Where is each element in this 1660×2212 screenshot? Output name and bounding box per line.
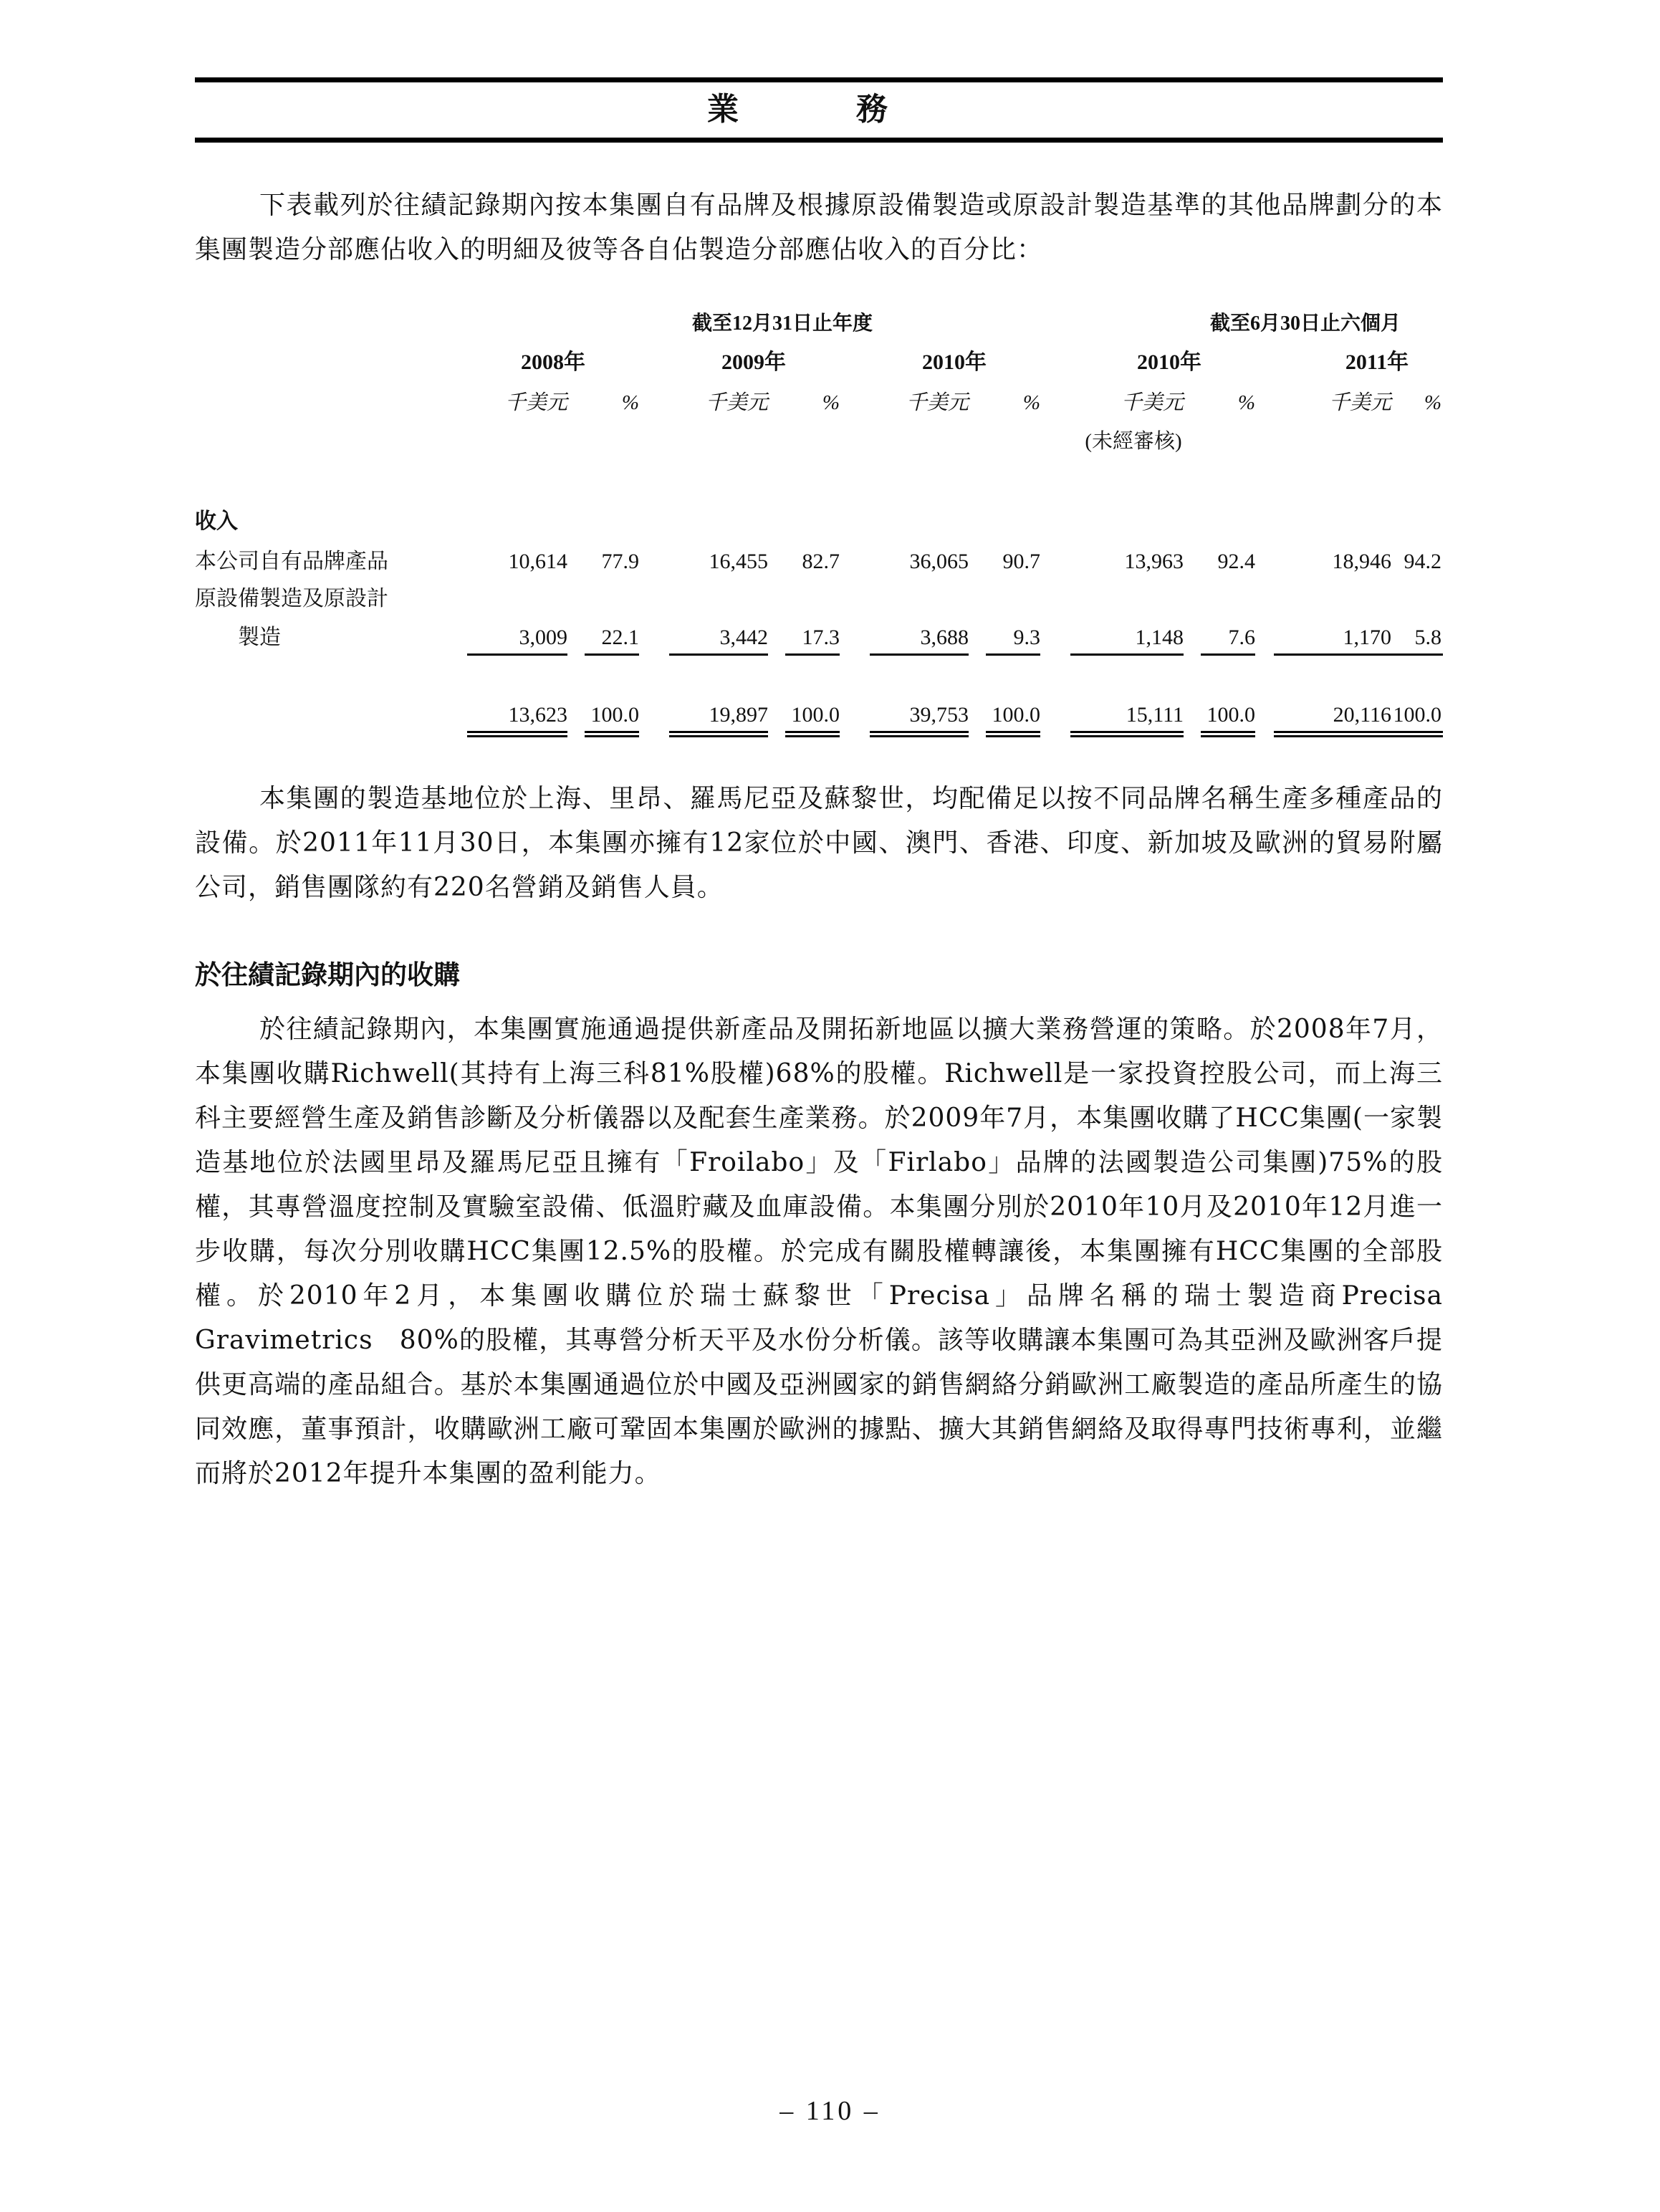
unit-label: 千美元	[1083, 388, 1184, 417]
total-double-underline	[785, 735, 840, 737]
subtotal-underline	[1201, 653, 1255, 656]
table-cell: 36,065	[868, 547, 969, 576]
group-header-6m: 截至6月30日止六個月	[1126, 310, 1484, 338]
section-heading-acquisitions: 於往績記錄期內的收購	[195, 953, 460, 996]
total-double-underline	[467, 735, 567, 737]
unit-label: 千美元	[1291, 388, 1391, 417]
total-double-underline	[669, 735, 768, 737]
acquisitions-paragraph: 於往績記錄期內，本集團實施通過提供新產品及開拓新地區以擴大業務營運的策略。於20…	[195, 1007, 1443, 1496]
unit-label: %	[997, 388, 1040, 417]
total-cell: 39,753	[868, 701, 969, 729]
row-label-own-brand: 本公司自有品牌產品	[195, 547, 388, 576]
total-double-underline	[467, 731, 567, 733]
table-cell: 13,963	[1083, 547, 1184, 576]
unit-label: %	[1398, 388, 1441, 417]
section-label-revenue: 收入	[195, 507, 238, 536]
total-cell: 19,897	[668, 701, 768, 729]
year-header: 2010年	[1083, 348, 1255, 377]
total-double-underline	[585, 735, 639, 737]
total-double-underline	[585, 731, 639, 733]
total-cell: 100.0	[983, 701, 1040, 729]
year-header: 2008年	[467, 348, 639, 377]
subtotal-underline	[986, 653, 1040, 656]
table-cell: 1,148	[1083, 623, 1184, 652]
total-double-underline	[1201, 735, 1255, 737]
page-number: – 110 –	[0, 2095, 1660, 2127]
total-double-underline	[1070, 735, 1184, 737]
unit-label: 千美元	[467, 388, 567, 417]
group-header-fy: 截至12月31日止年度	[567, 310, 997, 338]
unit-label: %	[596, 388, 639, 417]
total-double-underline	[1274, 731, 1391, 733]
table-cell: 92.4	[1198, 547, 1255, 576]
total-double-underline	[785, 731, 840, 733]
total-cell: 100.0	[1198, 701, 1255, 729]
table-cell: 82.7	[782, 547, 840, 576]
unaudited-note: (未經審核)	[1055, 427, 1212, 456]
table-cell: 90.7	[983, 547, 1040, 576]
total-double-underline	[1070, 731, 1184, 733]
total-double-underline	[870, 731, 969, 733]
total-cell: 100.0	[1384, 701, 1441, 729]
total-cell: 13,623	[467, 701, 567, 729]
year-header: 2009年	[668, 348, 840, 377]
subtotal-underline	[585, 653, 639, 656]
table-cell: 7.6	[1198, 623, 1255, 652]
table-cell: 3,009	[467, 623, 567, 652]
subtotal-underline	[1274, 653, 1391, 656]
total-cell: 100.0	[782, 701, 840, 729]
unit-label: %	[797, 388, 840, 417]
table-cell: 3,688	[868, 623, 969, 652]
total-cell: 15,111	[1083, 701, 1184, 729]
row-label-oem-odm-cont: 製造	[238, 623, 281, 652]
table-cell: 10,614	[467, 547, 567, 576]
table-cell: 18,946	[1291, 547, 1391, 576]
total-double-underline	[669, 731, 768, 733]
page-title: 業 務	[195, 85, 1443, 135]
total-cell: 20,116	[1291, 701, 1391, 729]
table-cell: 77.9	[582, 547, 639, 576]
total-double-underline	[1274, 735, 1391, 737]
header-rule-bottom	[195, 138, 1443, 143]
table-cell: 1,170	[1291, 623, 1391, 652]
unit-label: 千美元	[668, 388, 768, 417]
year-header: 2011年	[1291, 348, 1463, 377]
table-cell: 3,442	[668, 623, 768, 652]
table-cell: 9.3	[983, 623, 1040, 652]
total-double-underline	[870, 735, 969, 737]
manufacturing-bases-paragraph: 本集團的製造基地位於上海、里昂、羅馬尼亞及蘇黎世，均配備足以按不同品牌名稱生產多…	[195, 777, 1443, 910]
header-rule-top	[195, 77, 1443, 82]
total-double-underline	[1387, 731, 1443, 733]
subtotal-underline	[785, 653, 840, 656]
total-cell: 100.0	[582, 701, 639, 729]
unit-label: %	[1212, 388, 1255, 417]
row-label-oem-odm: 原設備製造及原設計	[195, 585, 388, 613]
total-double-underline	[1387, 735, 1443, 737]
total-double-underline	[1201, 731, 1255, 733]
table-cell: 16,455	[668, 547, 768, 576]
table-cell: 22.1	[582, 623, 639, 652]
total-double-underline	[986, 735, 1040, 737]
year-header: 2010年	[868, 348, 1040, 377]
subtotal-underline	[1070, 653, 1184, 656]
subtotal-underline	[669, 653, 768, 656]
subtotal-underline	[1387, 653, 1443, 656]
table-cell: 94.2	[1384, 547, 1441, 576]
total-double-underline	[986, 731, 1040, 733]
subtotal-underline	[467, 653, 567, 656]
unit-label: 千美元	[868, 388, 969, 417]
subtotal-underline	[870, 653, 969, 656]
table-cell: 17.3	[782, 623, 840, 652]
intro-paragraph: 下表載列於往績記錄期內按本集團自有品牌及根據原設備製造或原設計製造基準的其他品牌…	[195, 183, 1443, 272]
table-cell: 5.8	[1384, 623, 1441, 652]
